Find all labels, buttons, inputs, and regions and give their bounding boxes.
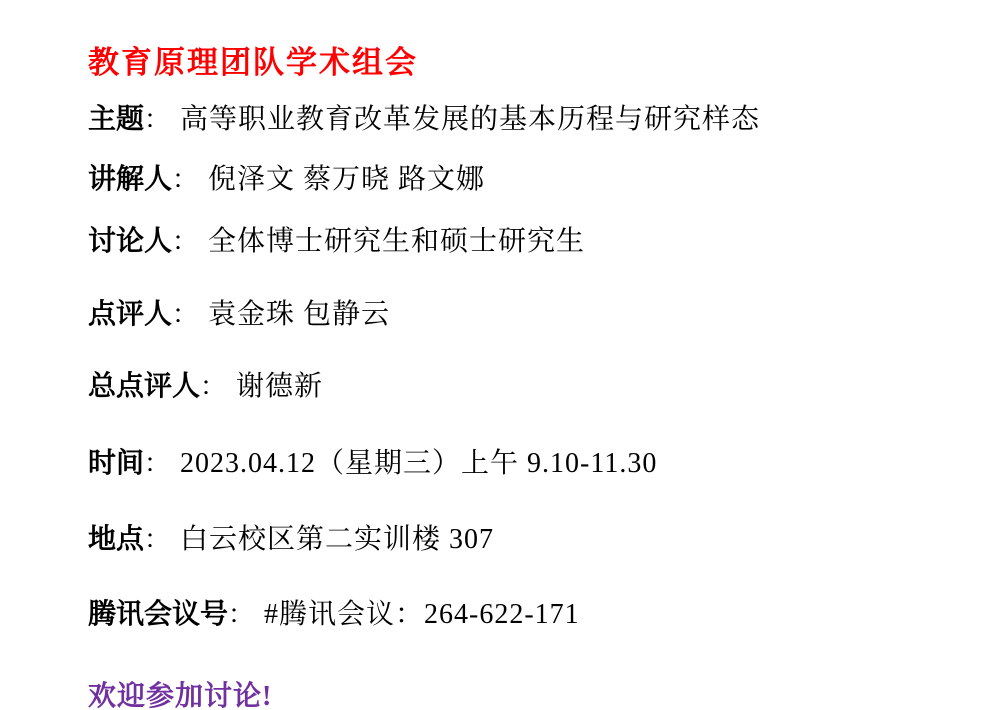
- discussants-label: 讨论人: [88, 225, 172, 256]
- row-meeting-id: 腾讯会议号：#腾讯会议：264-622-171: [88, 597, 580, 636]
- row-reviewers: 点评人：袁金珠 包静云: [88, 297, 390, 336]
- time-label: 时间: [88, 447, 144, 478]
- meeting-id-colon: ：: [228, 600, 254, 629]
- time-value: 2023.04.12（星期三）上午 9.10-11.30: [180, 448, 657, 479]
- discussants-colon: ：: [172, 227, 198, 256]
- location-value: 白云校区第二实训楼 307: [180, 524, 494, 555]
- location-label: 地点: [88, 523, 144, 554]
- presenters-colon: ：: [172, 165, 198, 194]
- meeting-id-label: 腾讯会议号: [88, 598, 228, 629]
- discussants-value: 全体博士研究生和硕士研究生: [208, 226, 585, 257]
- reviewers-label: 点评人: [88, 298, 172, 329]
- meeting-id-value: #腾讯会议：264-622-171: [264, 599, 580, 630]
- chief-reviewer-colon: ：: [200, 372, 226, 401]
- row-chief-reviewer: 总点评人：谢德新: [88, 369, 323, 408]
- subject-colon: ：: [144, 105, 170, 134]
- location-colon: ：: [144, 525, 170, 554]
- presenters-label: 讲解人: [88, 163, 172, 194]
- reviewers-colon: ：: [172, 300, 198, 329]
- row-location: 地点：白云校区第二实训楼 307: [88, 522, 494, 561]
- row-time: 时间：2023.04.12（星期三）上午 9.10-11.30: [88, 446, 657, 485]
- row-subject: 主题：高等职业教育改革发展的基本历程与研究样态: [88, 102, 760, 141]
- announcement-document: 教育原理团队学术组会 主题：高等职业教育改革发展的基本历程与研究样态 讲解人：倪…: [0, 0, 1002, 710]
- row-discussants: 讨论人：全体博士研究生和硕士研究生: [88, 224, 585, 263]
- chief-reviewer-value: 谢德新: [236, 371, 323, 402]
- presenters-value: 倪泽文 蔡万晓 路文娜: [208, 164, 485, 195]
- reviewers-value: 袁金珠 包静云: [208, 299, 390, 330]
- chief-reviewer-label: 总点评人: [88, 370, 200, 401]
- subject-value: 高等职业教育改革发展的基本历程与研究样态: [180, 104, 760, 135]
- welcome-note: 欢迎参加讨论!: [88, 674, 272, 710]
- subject-label: 主题: [88, 103, 144, 134]
- page-title: 教育原理团队学术组会: [88, 37, 418, 82]
- row-presenters: 讲解人：倪泽文 蔡万晓 路文娜: [88, 162, 485, 201]
- time-colon: ：: [144, 449, 170, 478]
